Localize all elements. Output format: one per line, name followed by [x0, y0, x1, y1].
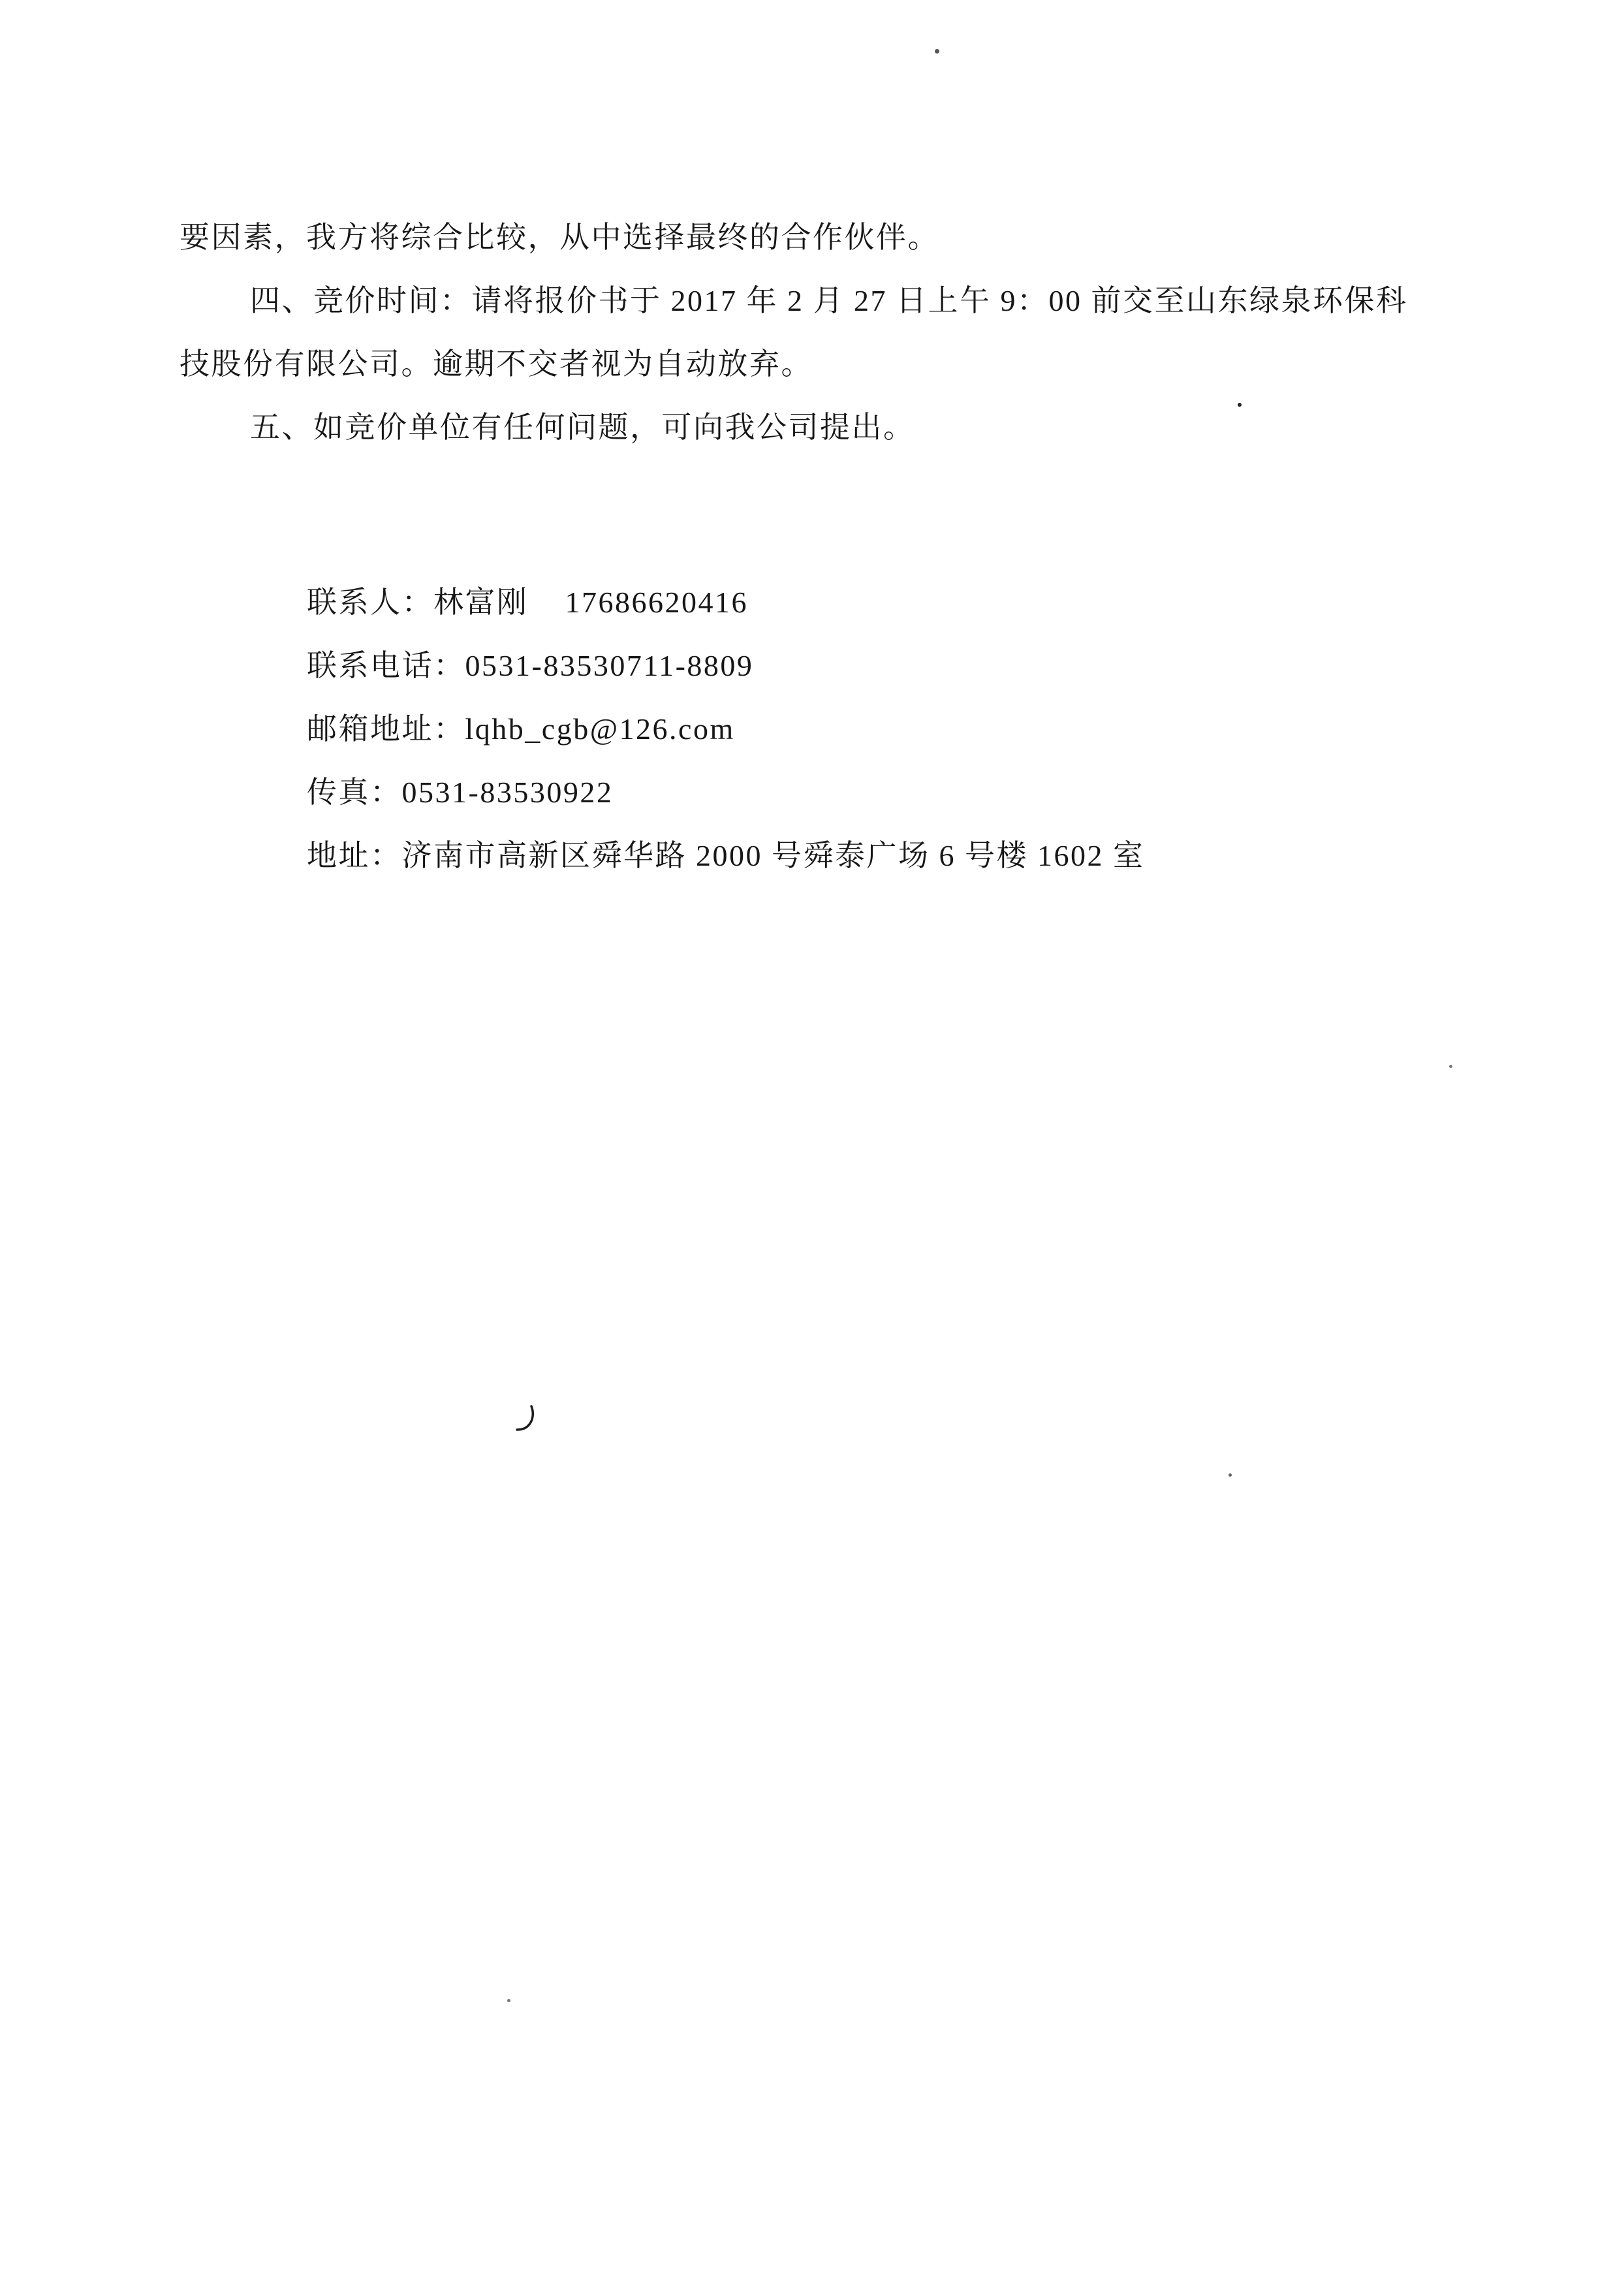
contact-line-fax: 传真：0531-83530922	[307, 761, 1145, 824]
scan-speck	[935, 49, 939, 54]
contact-line-person: 联系人：林富刚 17686620416	[307, 571, 1145, 634]
scan-speck	[1238, 403, 1242, 407]
body-paragraphs: 要因素，我方将综合比较，从中选择最终的合作伙伴。 四、竞价时间：请将报价书于 2…	[180, 206, 1462, 459]
contact-line-address: 地址：济南市高新区舜华路 2000 号舜泰广场 6 号楼 1602 室	[307, 824, 1145, 887]
scan-speck	[1449, 1065, 1452, 1068]
contact-info-block: 联系人：林富刚 17686620416 联系电话：0531-83530711-8…	[307, 571, 1145, 887]
body-line: 要因素，我方将综合比较，从中选择最终的合作伙伴。	[180, 206, 1462, 269]
contact-line-phone: 联系电话：0531-83530711-8809	[307, 634, 1145, 697]
body-line: 五、如竞价单位有任何问题，可向我公司提出。	[180, 396, 1462, 459]
document-page: 要因素，我方将综合比较，从中选择最终的合作伙伴。 四、竞价时间：请将报价书于 2…	[0, 0, 1613, 2296]
contact-line-email: 邮箱地址：lqhb_cgb@126.com	[307, 697, 1145, 761]
scan-speck	[507, 1999, 510, 2002]
pen-mark	[516, 1405, 535, 1432]
body-line: 四、竞价时间：请将报价书于 2017 年 2 月 27 日上午 9：00 前交至…	[180, 269, 1462, 332]
scan-speck	[1229, 1473, 1232, 1477]
body-line: 技股份有限公司。逾期不交者视为自动放弃。	[180, 332, 1462, 396]
